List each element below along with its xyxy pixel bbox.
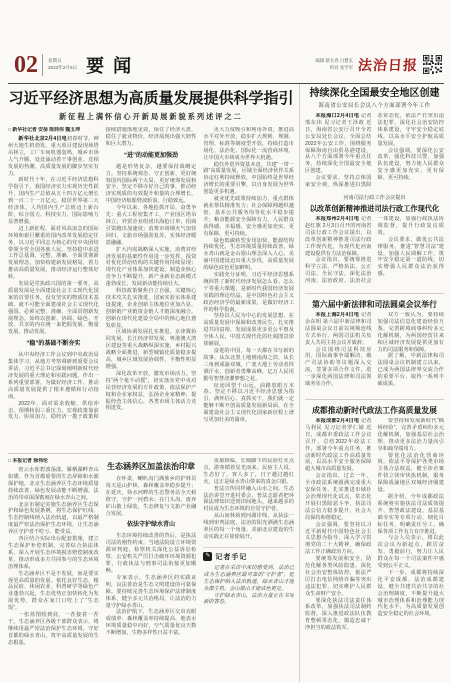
paragraph: 要深化执法司法责任体系改革，加强执法司法制约监督，深入推进政法队伍教育整顿常态化…	[305, 598, 372, 633]
paragraph: 下一步，成都将持续深化平安成都、法治成都建设，健全共建共治共享的社会治理制度，不…	[378, 570, 445, 618]
paragraph: 要坚持和发展新时代“枫桥经验”，完善矛盾纠纷多元化解机制，加强基层社会治理，推动…	[378, 418, 445, 453]
right-column-region: 持续深化全国最安全地区创建 海南省公安局长会议八个方面部署今年工作 本报海口2月…	[299, 84, 444, 682]
paragraph-group: 密云水库碧波荡漾，雁栖湖畔青山如黛。作为首都重要的生态屏障和水源保护地，北京生态…	[8, 467, 99, 647]
paragraph-group: 夜幕降临，长城脚下的民宿灯火点点，游客循着星光而来。民宿主人说，生态好了，客人多…	[203, 458, 294, 541]
section-divider	[8, 453, 294, 454]
article-body: 本报成都2月4日电 记者马利民 见习记者罗仁婧 近日，成都市委政法工作会议召开，…	[305, 418, 444, 656]
article-body: 本报海口2月4日电 记者邢东伟 见习记者王泽政 近日，海南省公安厅召开全省公安局…	[305, 113, 444, 189]
paragraph-group: 生态环境持续改善的背后，是执法司法的刚性约束。当地法院设立环境资源审判庭，检察机…	[106, 533, 197, 637]
paragraph: 据了解，中新法律和司法圆桌会议机制建立以来，已成为两国法律界交流合作的重要平台，…	[378, 353, 445, 388]
paragraph: 据介绍，今年成都政法系统将实施执法司法质效提升、智慧政法建设、基层基础夯实等专项…	[378, 494, 445, 535]
paragraph-group: 新时代十年，在习近平经济思想科学指引下，我国经济实力实现历史性跃升，国内生产总值…	[8, 177, 99, 336]
article-body: 本报上海2月4日电 记者余东明 第六届中新法律和司法圆桌会议日前以视频连线方式举…	[305, 312, 444, 394]
paragraph: 稳住外贸外资基本盘，共建“一带一路”高质量发展，区域全面经济伙伴关系协定红利持续…	[203, 162, 294, 197]
eco-subhead: 依法守护绿水青山	[106, 521, 197, 530]
main-byline: □ 新华社记者 安蓓 陈炜伟 魏玉坤	[8, 127, 99, 134]
dateline: 本报上海2月4日电	[315, 312, 359, 318]
paragraph: 更大力度吸引和利用外资，推进高水平对外开放，稳步扩大规则、规制、管理、标准等制度…	[203, 127, 294, 162]
main-subtitle: 新征程上满怀信心开新局展新貌系列述评之二	[8, 111, 294, 122]
paragraph-group: 在怀柔，喇叭沟门满族乡的护林员每天巡山护林，森林覆盖率稳步提升；在延庆，妫水河畔…	[106, 476, 197, 517]
eco-article: □ 本报记者 徐伟伦 密云水库碧波荡漾，雁栖湖畔青山如黛。作为首都重要的生态屏障…	[8, 458, 294, 682]
paragraph: 一张蓝图绘到底，一茬接着一茬干。生态涵养区各级干部群众表示，将继续用最严密法治保…	[8, 612, 99, 647]
main-article-body: □ 新华社记者 安蓓 陈炜伟 魏玉坤 新华社北京2月4日电初春时节，神州大地生机…	[8, 127, 294, 449]
reporter-note-label: 记者手记	[215, 552, 247, 562]
paragraph: 实践充分证明，习近平经济思想系统回答了新时代经济发展怎么看、怎么干等重大课题，是…	[203, 272, 294, 313]
paragraph-text: 记者邢东伟 见习记者王泽政 近日，海南省公安厅召开全省公安局处长会议，全面总结2…	[305, 113, 372, 174]
page-header: 02 星期日 2023年2月5日 要闻 编辑 蔡长春 白楚玄 校对 张学军 法治…	[8, 46, 444, 84]
reporter-note-icon: ✎	[203, 552, 212, 561]
paragraph: 各区结合实际出台配套措施，建立生态保护补偿机制，完善综合执法体系，深入开展生态环…	[8, 536, 99, 571]
paragraph: 奋进的中国，每一天都在书写新的故事。从东北黑土地到南海之滨，从长三角到成渝双城，…	[203, 348, 294, 383]
paragraph: 本报上海2月4日电 记者余东明 第六届中新法律和司法圆桌会议日前以视频连线方式举…	[305, 312, 372, 347]
paragraph: 会议围绕司法科技应用、国际商事争端解决、破产司法协助等议题深入交流，签署多项合作…	[305, 347, 372, 388]
paragraph-text: 初春时节，神州大地生机勃发。重大项目建设现场塔吊林立，工厂车间机器轰鸣，城乡市场…	[8, 136, 99, 177]
paragraph-text: 记者马利民 见习记者罗仁婧 近日，成都市委政法工作会议召开，总结2022年政法工…	[305, 418, 372, 472]
dateline: 新华社北京2月4日电	[18, 136, 67, 142]
column-subhead: “稳”的基础不断夯实	[8, 340, 99, 349]
paragraph: 生态环境持续改善的背后，是执法司法的刚性约束。当地法院设立环境资源审判庭，检察机…	[106, 533, 197, 574]
paragraph: 夜幕降临，长城脚下的民宿灯火点点，游客循着星光而来。民宿主人说，生态好了，客人多…	[203, 458, 294, 486]
page-content: 习近平经济思想为高质量发展提供科学指引 新征程上满怀信心开新局展新貌系列述评之二…	[8, 84, 444, 682]
paragraph: 迈上新征程，面对风高浪急的国际环境和艰巨繁重的国内改革发展稳定任务，以习近平同志…	[8, 226, 99, 281]
paragraph: 专家表示，生态涵养区的实践证明，良法善治是生态文明建设的可靠保障。要持续完善生态…	[106, 575, 197, 610]
paragraph: 绿色低碳转型步伐加快，能源结构持续优化，生态环境质量持续改善，绿水青山就是金山银…	[203, 238, 294, 273]
article-chengdu: 成都推动新时代政法工作高质量发展 本报成都2月4日电 记者马利民 见习记者罗仁婧…	[305, 399, 444, 656]
paragraph: 与会人员表示，将以此次会议为新起点，踔厉奋发、勇毅前行，努力让人民群众在每一个司…	[378, 535, 445, 570]
paragraph: 守护绿水青山，法治力量正在书写新的答卷。	[203, 593, 294, 607]
paragraph: 发展是党执政兴国的第一要务，高质量发展是全面建设社会主义现代化国家的首要任务。没…	[8, 281, 99, 336]
eco-column-3: 夜幕降临，长城脚下的民宿灯火点点，游客循着星光而来。民宿主人说，生态好了，客人多…	[203, 458, 294, 682]
paragraph: 深化改革开放，激发市场活力。坚持“两个毫不动摇”，切实落实党中央对民营经济发展的…	[106, 371, 197, 412]
reporter-note-header: ✎ 记者手记	[203, 547, 294, 562]
paragraph: 科技政策聚焦自立自强。关键核心技术攻关扎实推进，国家实验室体系建设提速，企业创新…	[106, 288, 197, 329]
date-block: 星期日 2023年2月5日	[48, 58, 77, 71]
paragraph: 从山间林场到河湖岸线，从执法一线到审判法庭，法治的阳光洒满生态涵养区的每一个角落…	[203, 513, 294, 541]
dateline: 本报海口2月4日电	[315, 113, 359, 119]
dateline: 本报郑州2月4日电	[315, 216, 359, 222]
article-roundtable: 第六届中新法律和司法圆桌会议举行 本报上海2月4日电 记者余东明 第六届中新法律…	[305, 293, 444, 394]
header-right: 编辑 蔡长春 白楚玄 校对 张学军 法治日报	[226, 55, 444, 75]
article-subtitle: 海南省公安局长会议八个方面部署今年工作	[305, 102, 444, 110]
article-headline: 第六届中新法律和司法圆桌会议举行	[305, 299, 444, 310]
paragraph: 要统筹发展和安全，防范化解各类风险隐患，深化社会治安整体防控，依法严厉打击电信网…	[305, 556, 372, 597]
paragraph: 本报郑州2月4日电 记者赵红旗 2月3日召开的河南省司法行政工作会议提出，以改革…	[305, 216, 372, 257]
article-headline: 持续深化全国最安全地区创建	[305, 87, 444, 100]
paragraph: 生态涵养区不是不发展，而是要实现更高质量的发展。依托良好生态，精品民宿、休闲农业…	[8, 571, 99, 612]
page-number: 02	[14, 53, 38, 77]
masthead-title: 法治日报	[357, 55, 418, 75]
article-kicker: 河南司法行政工作会议提出	[305, 194, 444, 202]
date-label: 2023年2月5日	[48, 65, 77, 72]
eco-headline: 生态涵养区加盖法治印章	[106, 461, 197, 472]
proofreader-credit-line: 校对 张学军	[315, 65, 353, 71]
article-hainan: 持续深化全国最安全地区创建 海南省公安局长会议八个方面部署今年工作 本报海口2月…	[305, 87, 444, 189]
paragraph: 今年以来，各地抢抓开局、奋勇争先：重大工程密集开工，产业园区塔吊林立；外贸企业组…	[106, 205, 197, 246]
header-left: 02 星期日 2023年2月5日 要闻	[8, 52, 226, 78]
editor-credits: 编辑 蔡长春 白楚玄 校对 张学军	[315, 58, 353, 70]
paragraph: 要优化法治化营商环境，依法平等保护各类市场主体合法权益，健全涉企案件快立快审快执…	[378, 453, 445, 494]
article-headline: 成都推动新时代政法工作高质量发展	[305, 405, 444, 416]
paragraph: 北京市制定实施生态涵养区生态保护和绿色发展条例，将生态保护红线、生态控制线纳入法…	[8, 502, 99, 537]
paragraph: 会议指出，过去一年，全市政法系统圆满完成重大安保任务，扎实推进市域社会治理现代化…	[305, 473, 372, 521]
main-headline: 习近平经济思想为高质量发展提供科学指引	[8, 89, 294, 108]
section-title: 要闻	[86, 52, 140, 78]
article-body: 本报郑州2月4日电 记者赵红旗 2月3日召开的河南省司法行政工作会议提出，以改革…	[305, 216, 444, 288]
article-henan: 河南司法行政工作会议提出 以改革创新精神推进司法行政工作现代化 本报郑州2月4日…	[305, 194, 444, 288]
paragraph: 越是形势复杂，越要保持战略定力。坚持系统观念、守正创新，更好统筹国内国际两个大局…	[106, 164, 197, 205]
paragraph: 法治护航下，生态涵养区交出亮眼成绩单：森林覆盖率持续提高，地表水环境质量稳中向好…	[106, 609, 197, 637]
paragraph: 在怀柔，喇叭沟门满族乡的护林员每天巡山护林，森林覆盖率稳步提升；在延庆，妫水河畔…	[106, 476, 197, 517]
paragraph-text: 记者赵红旗 2月3日召开的河南省司法行政工作会议提出，以改革创新精神推进司法行政…	[305, 216, 372, 257]
eco-column-1: □ 本报记者 徐伟伦 密云水库碧波荡漾，雁栖湖畔青山如黛。作为首都重要的生态屏障…	[8, 458, 99, 682]
paragraph: 普法宣传同样融入山水之间。生态法治讲堂开进村委会，普法志愿者把环保法律知识送到田…	[203, 486, 294, 514]
reporter-note-body: 记者在采访中深切感受到，法治已成为生态涵养区最可靠的“守护者”。把生态保护纳入法…	[203, 565, 294, 606]
paragraph: 会议强调，要坚持以习近平新时代中国特色社会主义思想为指导，深入学习贯彻党的二十大…	[305, 522, 372, 557]
paragraph: 本报成都2月4日电 记者马利民 见习记者罗仁婧 近日，成都市委政法工作会议召开，…	[305, 418, 372, 473]
article-headline: 以改革创新精神推进司法行政工作现代化	[305, 203, 444, 214]
qr-code-icon	[423, 55, 442, 74]
eco-column-2: 生态涵养区加盖法治印章 在怀柔，喇叭沟门满族乡的护林员每天巡山护林，森林覆盖率稳…	[106, 458, 197, 682]
newspaper-page: 02 星期日 2023年2月5日 要闻 编辑 蔡长春 白楚玄 校对 张学军 法治…	[0, 0, 450, 683]
dateline: 本报成都2月4日电	[315, 418, 359, 424]
main-article-region: 习近平经济思想为高质量发展提供科学指引 新征程上满怀信心开新局展新貌系列述评之二…	[8, 84, 294, 682]
paragraph: 会议要求，做优公共法律服务，推进“智慧司法”建设，加强人民调解工作，筑牢安全稳定…	[378, 237, 445, 278]
paragraph: 就业优先政策持续加力，重点群体就业帮扶精准发力；社会保障网越织越密，基本公共服务…	[203, 196, 294, 237]
paragraph: 扩大内需战略深入实施，消费对经济发展的基础性作用进一步发挥，投资对优化供给结构的…	[106, 247, 197, 288]
paragraph: 从中央经济工作会议到中央政治局集体学习，从地方考察调研到重要会议讲话，习近平总书…	[8, 352, 99, 400]
paragraph: 区域协调发展扎实推进，京津冀协同发展、长江经济带发展、粤港澳大湾区建设等重大战略…	[106, 329, 197, 370]
paragraph: 本报海口2月4日电 记者邢东伟 见习记者王泽政 近日，海南省公安厅召开全省公安局…	[305, 113, 372, 175]
header-divider	[42, 54, 43, 76]
paragraph: 征途回望千山远，前路放眼万木春。坚定不移以习近平经济思想为指引，满怀信心、真抓实…	[203, 383, 294, 424]
paragraph: 坚持以人民为中心的发展思想，在高质量发展中保障和改善民生，扎实推进共同富裕，发展…	[203, 313, 294, 348]
paragraph: 新时代十年，在习近平经济思想科学指引下，我国经济实力实现历史性跃升，国内生产总值…	[8, 177, 99, 225]
paragraph: 记者在采访中深切感受到，法治已成为生态涵养区最可靠的“守护者”。把生态保护纳入法…	[203, 565, 294, 593]
paragraph: 会议强调，要深化公安改革，强化科技兴警，加强队伍建设，努力使人民群众安全感更加充…	[378, 148, 445, 183]
paragraph: 新华社北京2月4日电初春时节，神州大地生机勃发。重大项目建设现场塔吊林立，工厂车…	[8, 136, 99, 177]
column-subhead: “进”的动能更加强劲	[106, 152, 197, 161]
eco-byline: □ 本报记者 徐伟伦	[8, 458, 99, 465]
paragraph-group: 越是形势复杂，越要保持战略定力。坚持系统观念、守正创新，更好统筹国内国际两个大局…	[106, 127, 294, 424]
paragraph: 密云水库碧波荡漾，雁栖湖畔青山如黛。作为首都重要的生态屏障和水源保护地，北京生态…	[8, 467, 99, 502]
paragraph: 双方一致认为，要持续加强司法信息化建设经验互鉴，完善跨境商事纠纷多元化解机制，为…	[378, 312, 445, 353]
